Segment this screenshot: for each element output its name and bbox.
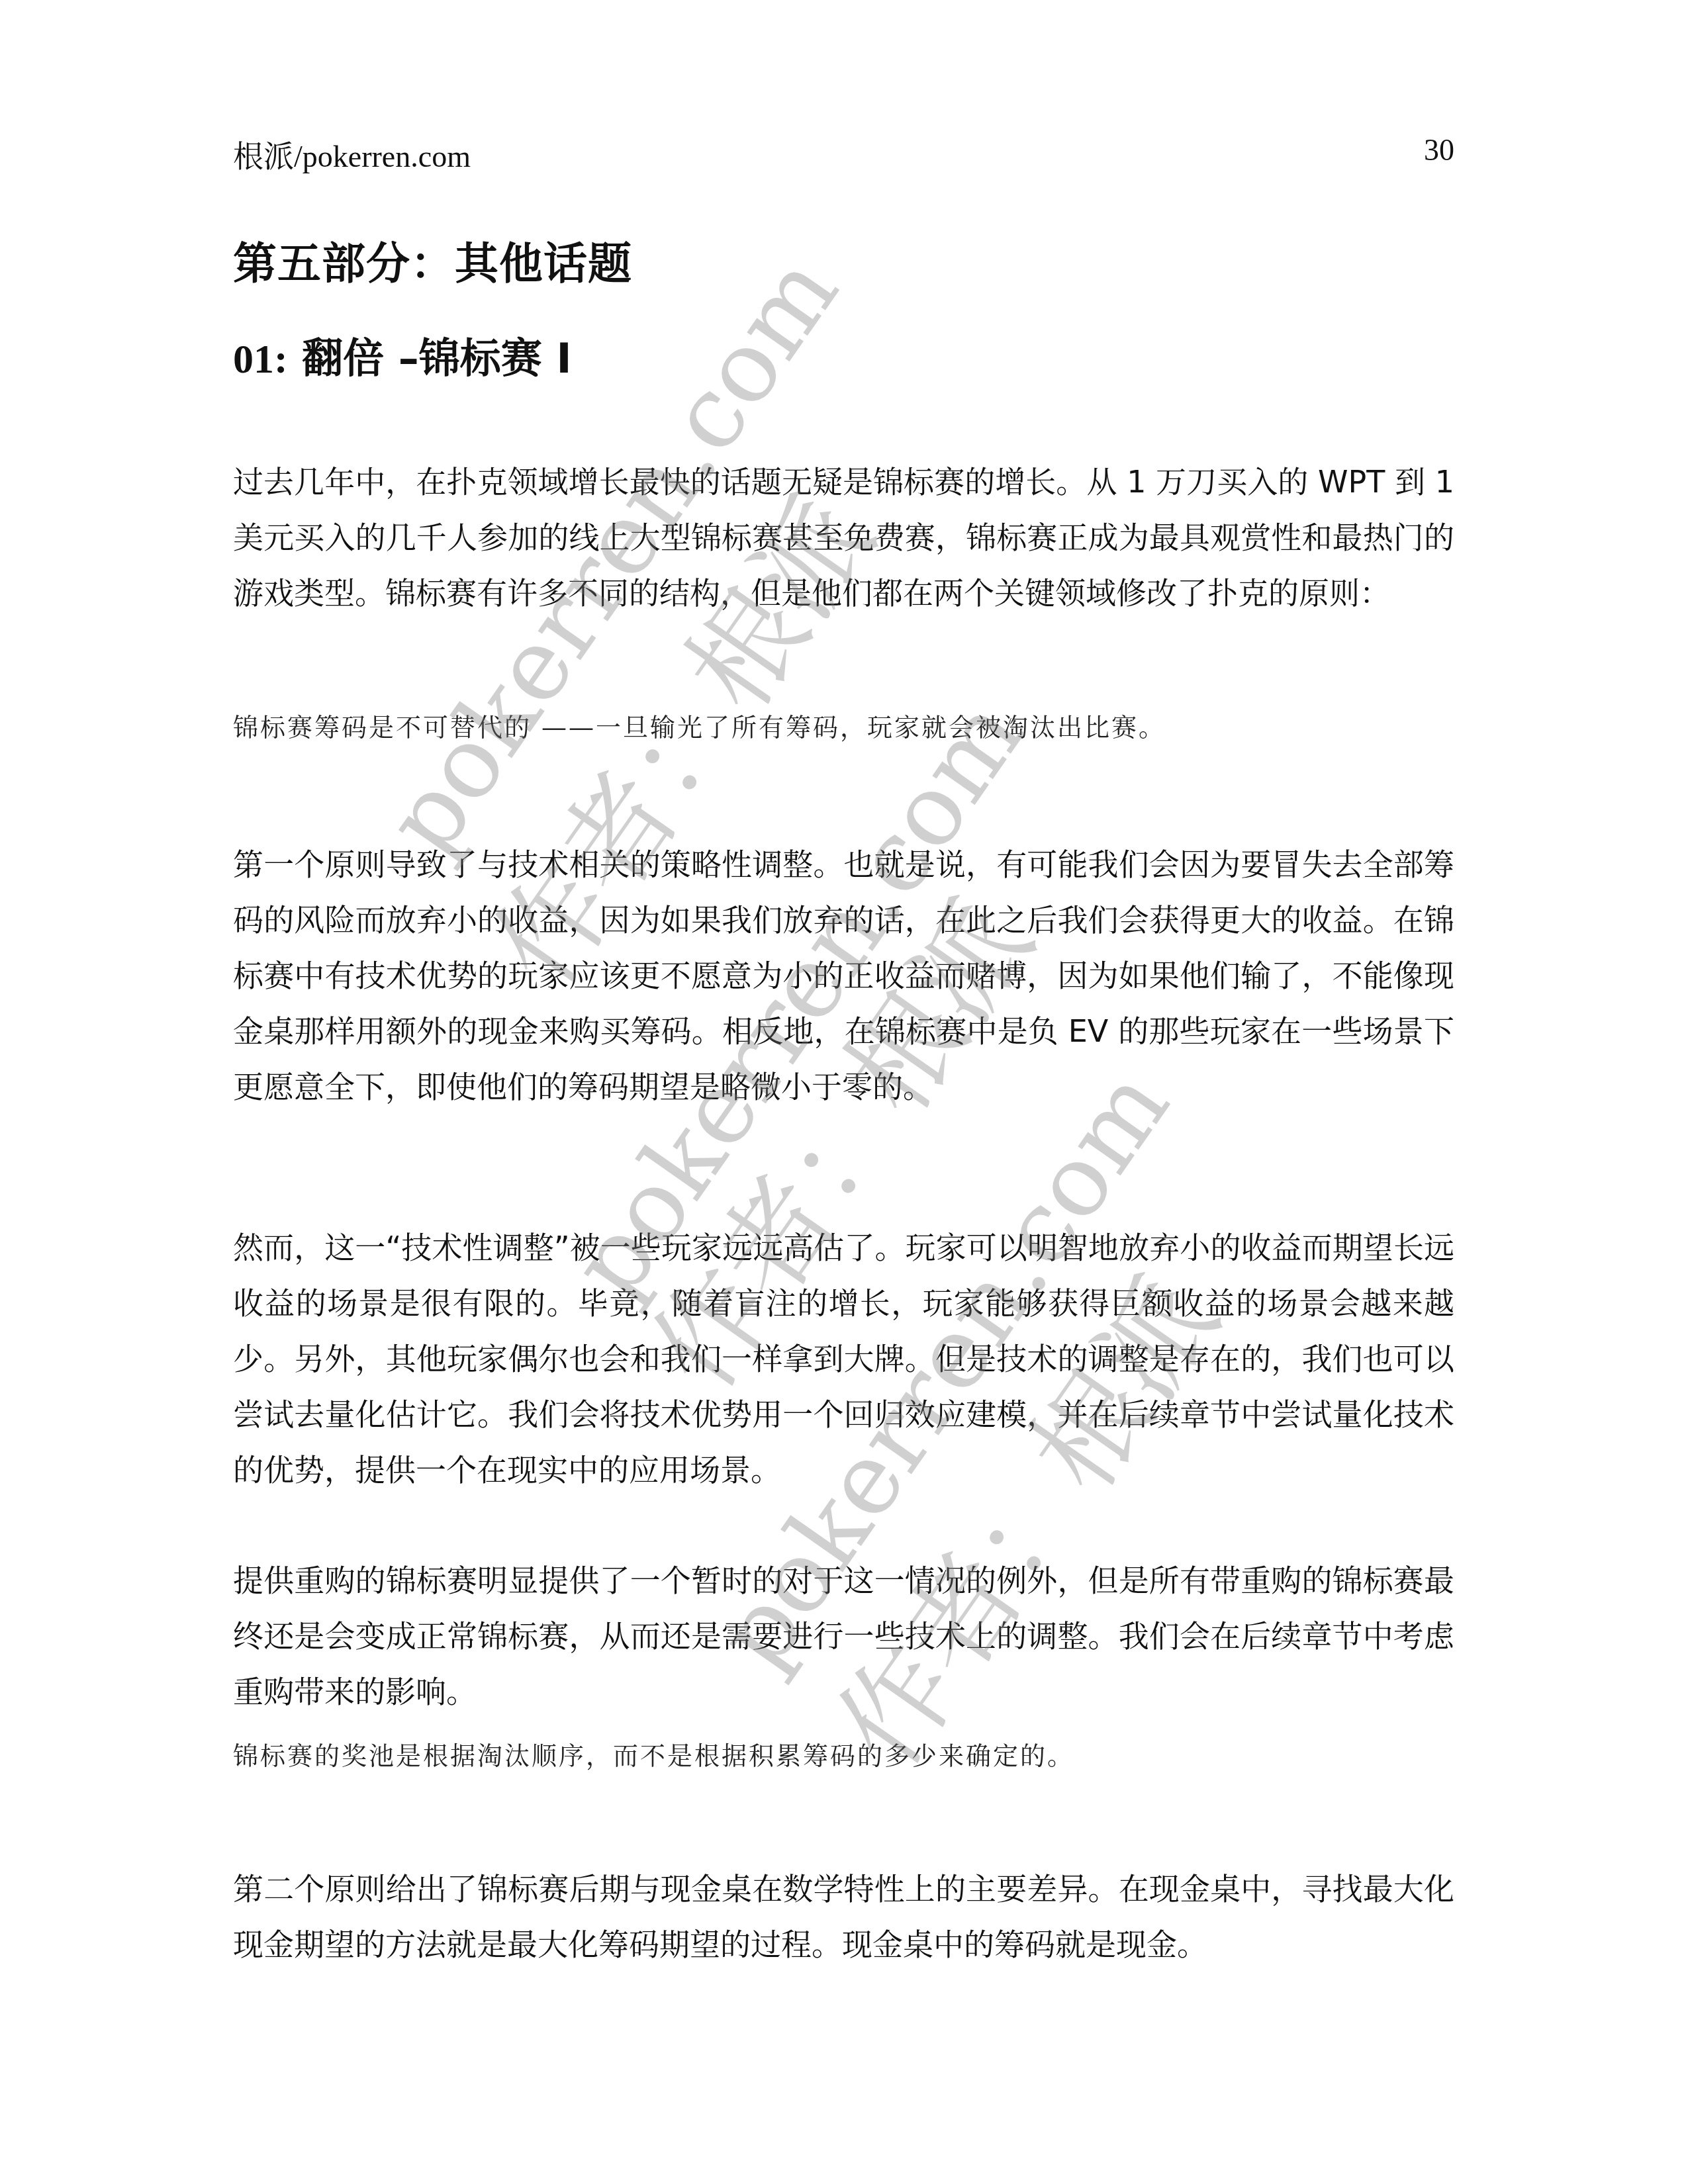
page-number: 30 [1424, 132, 1454, 167]
part-title: 第五部分：其他话题 [233, 228, 632, 291]
principle-1: 锦标赛筹码是不可替代的 ——一旦输光了所有筹码，玩家就会被淘汰出比赛。 [233, 707, 1454, 743]
paragraph-principle-1-discussion: 第一个原则导致了与技术相关的策略性调整。也就是说，有可能我们会因为要冒失去全部筹… [233, 837, 1454, 1115]
page-header: 根派/pokerren.com 30 [233, 132, 1454, 179]
paragraph-skill-adjustment: 然而，这一“技术性调整”被一些玩家远远高估了。玩家可以明智地放弃小的收益而期望长… [233, 1220, 1454, 1498]
chapter-name: 翻倍 –锦标赛 I [302, 334, 571, 383]
chapter-title: 01: 翻倍 –锦标赛 I [233, 326, 572, 385]
principle-2: 锦标赛的奖池是根据淘汰顺序，而不是根据积累筹码的多少来确定的。 [233, 1735, 1454, 1772]
paragraph-rebuy: 提供重购的锦标赛明显提供了一个暂时的对于这一情况的例外，但是所有带重购的锦标赛最… [233, 1553, 1454, 1719]
paragraph-principle-2-discussion: 第二个原则给出了锦标赛后期与现金桌在数学特性上的主要差异。在现金桌中，寻找最大化… [233, 1861, 1454, 1972]
chapter-number: 01: [233, 337, 288, 382]
document-page: 根派/pokerren.com 30 第五部分：其他话题 01: 翻倍 –锦标赛… [0, 0, 1688, 2184]
paragraph-intro: 过去几年中，在扑克领域增长最快的话题无疑是锦标赛的增长。从 1 万刀买入的 WP… [233, 454, 1454, 621]
header-site: 根派/pokerren.com [233, 132, 471, 176]
